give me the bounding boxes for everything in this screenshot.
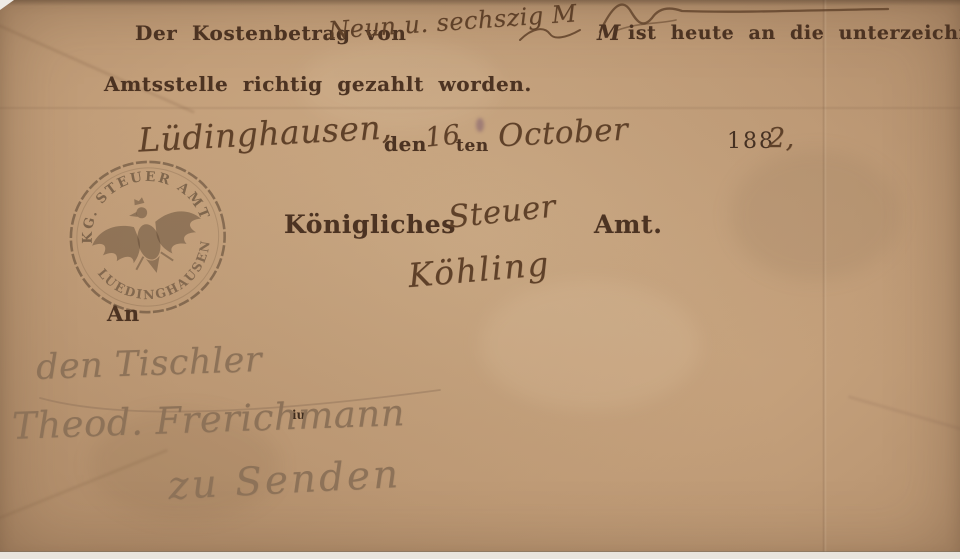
month-handwritten: October bbox=[497, 112, 629, 155]
bottom-scan-edge bbox=[0, 552, 960, 559]
office-printed-left: Königliches bbox=[284, 210, 456, 239]
office-printed-right: Amt. bbox=[594, 210, 663, 239]
diagonal-crease-right bbox=[848, 395, 960, 447]
printed-den: den bbox=[384, 132, 427, 156]
ink-smudge bbox=[476, 118, 484, 132]
cost-line2: Amtsstelle richtig gezahlt worden. bbox=[104, 72, 532, 96]
diagonal-crease-bottom-left bbox=[0, 449, 168, 530]
currency-mark: M bbox=[597, 20, 621, 45]
paper-stain bbox=[730, 150, 900, 280]
an-label: An bbox=[107, 301, 140, 326]
pen-dash-flourish bbox=[516, 24, 586, 48]
pencil-flourish bbox=[0, 380, 520, 440]
official-stamp: KG. STEUER AMT LUEDINGHAUSEN bbox=[40, 135, 255, 342]
year-handwritten: 2, bbox=[768, 123, 795, 154]
vertical-fold-crease bbox=[822, 0, 827, 559]
document-page: Der Kostenbetrag von Neun u. sechszig M … bbox=[0, 0, 960, 559]
printed-ten: ten bbox=[456, 136, 489, 156]
horizontal-crease bbox=[0, 106, 960, 110]
office-handwritten: Steuer bbox=[446, 188, 557, 235]
recipient-line3: zu Senden bbox=[167, 452, 402, 509]
signature: Köhling bbox=[407, 244, 552, 295]
cost-line-suffix: ist heute an die unterzeichnete bbox=[628, 22, 960, 44]
